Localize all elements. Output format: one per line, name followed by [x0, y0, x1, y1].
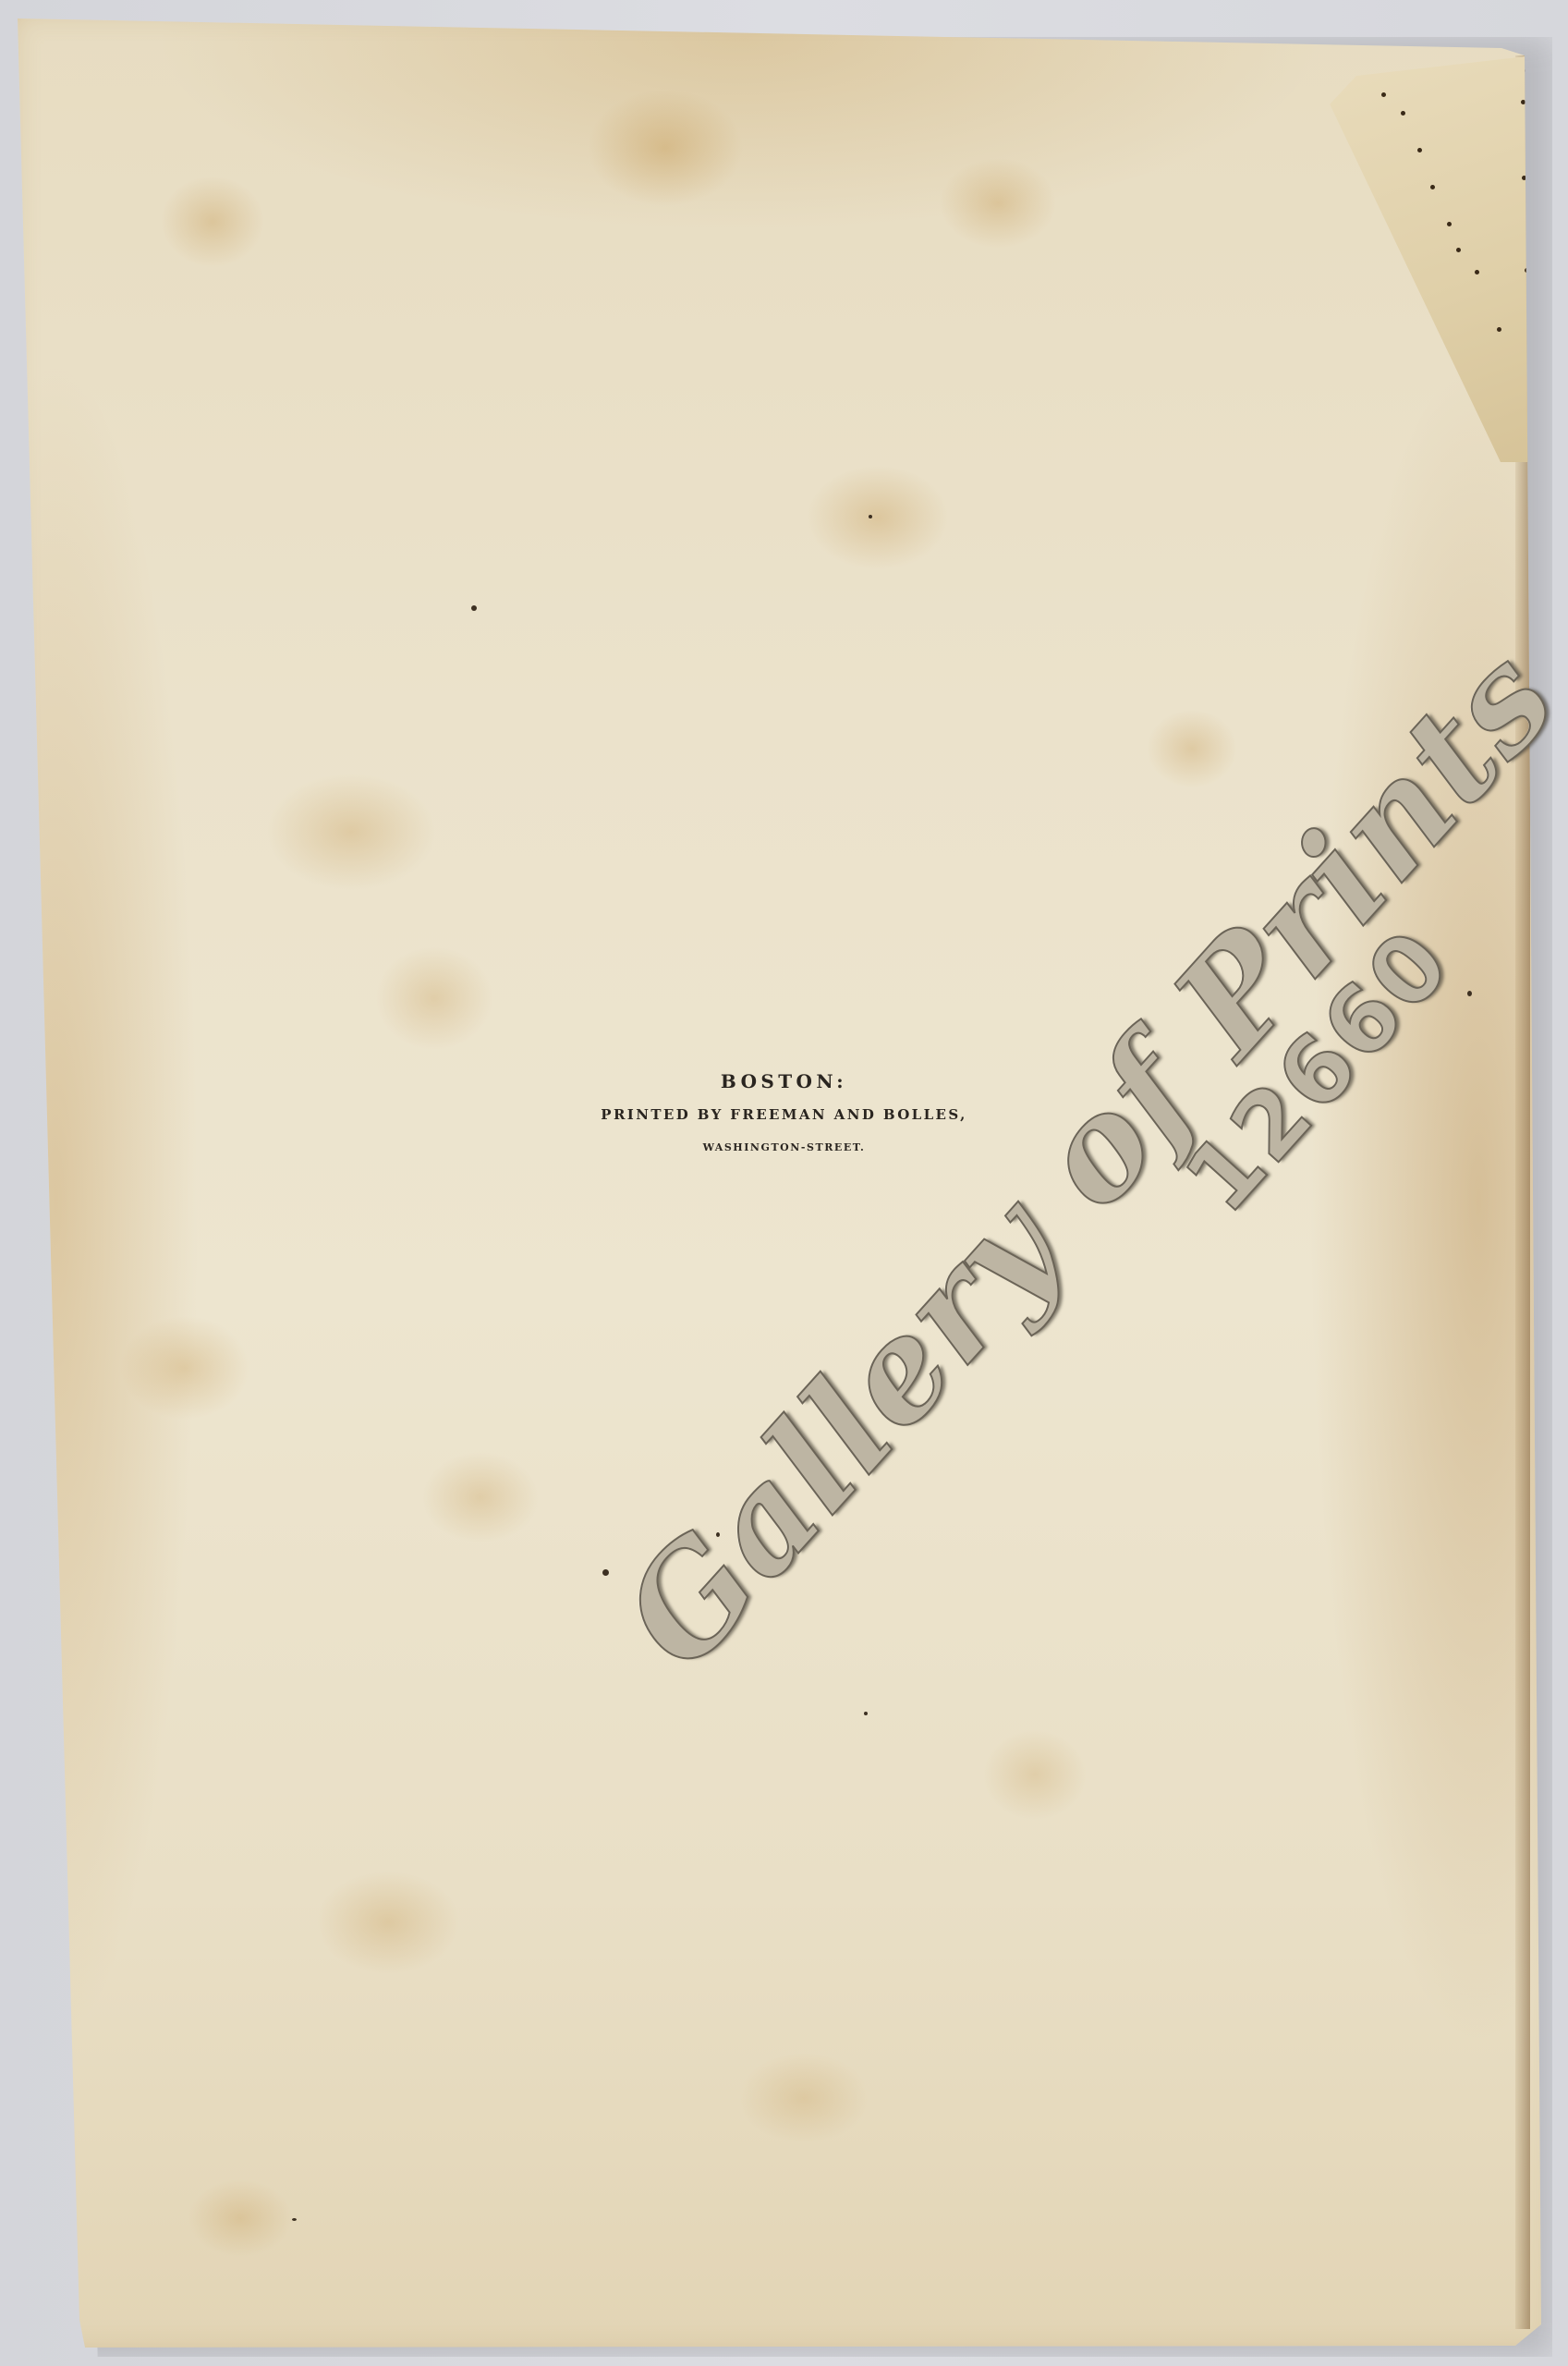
- ink-speck: [292, 2218, 297, 2221]
- wormhole: [1401, 111, 1405, 116]
- wormhole: [1417, 148, 1422, 152]
- wormhole: [1475, 270, 1479, 274]
- wormhole: [1381, 92, 1386, 97]
- imprint-street: WASHINGTON-STREET.: [0, 1141, 1568, 1153]
- book-page: BOSTON: PRINTED BY FREEMAN AND BOLLES, W…: [0, 0, 1568, 2366]
- wormhole: [1497, 327, 1501, 332]
- ink-speck: [869, 515, 872, 518]
- wormhole: [1456, 248, 1461, 252]
- wormhole: [1521, 100, 1525, 104]
- ink-speck: [1467, 991, 1472, 996]
- ink-speck: [864, 1712, 868, 1715]
- wormhole: [1447, 222, 1452, 226]
- folded-corner: [1312, 55, 1534, 462]
- wormhole: [1430, 185, 1435, 189]
- ink-speck: [471, 605, 477, 611]
- page-edge-darkening: [0, 0, 1568, 2366]
